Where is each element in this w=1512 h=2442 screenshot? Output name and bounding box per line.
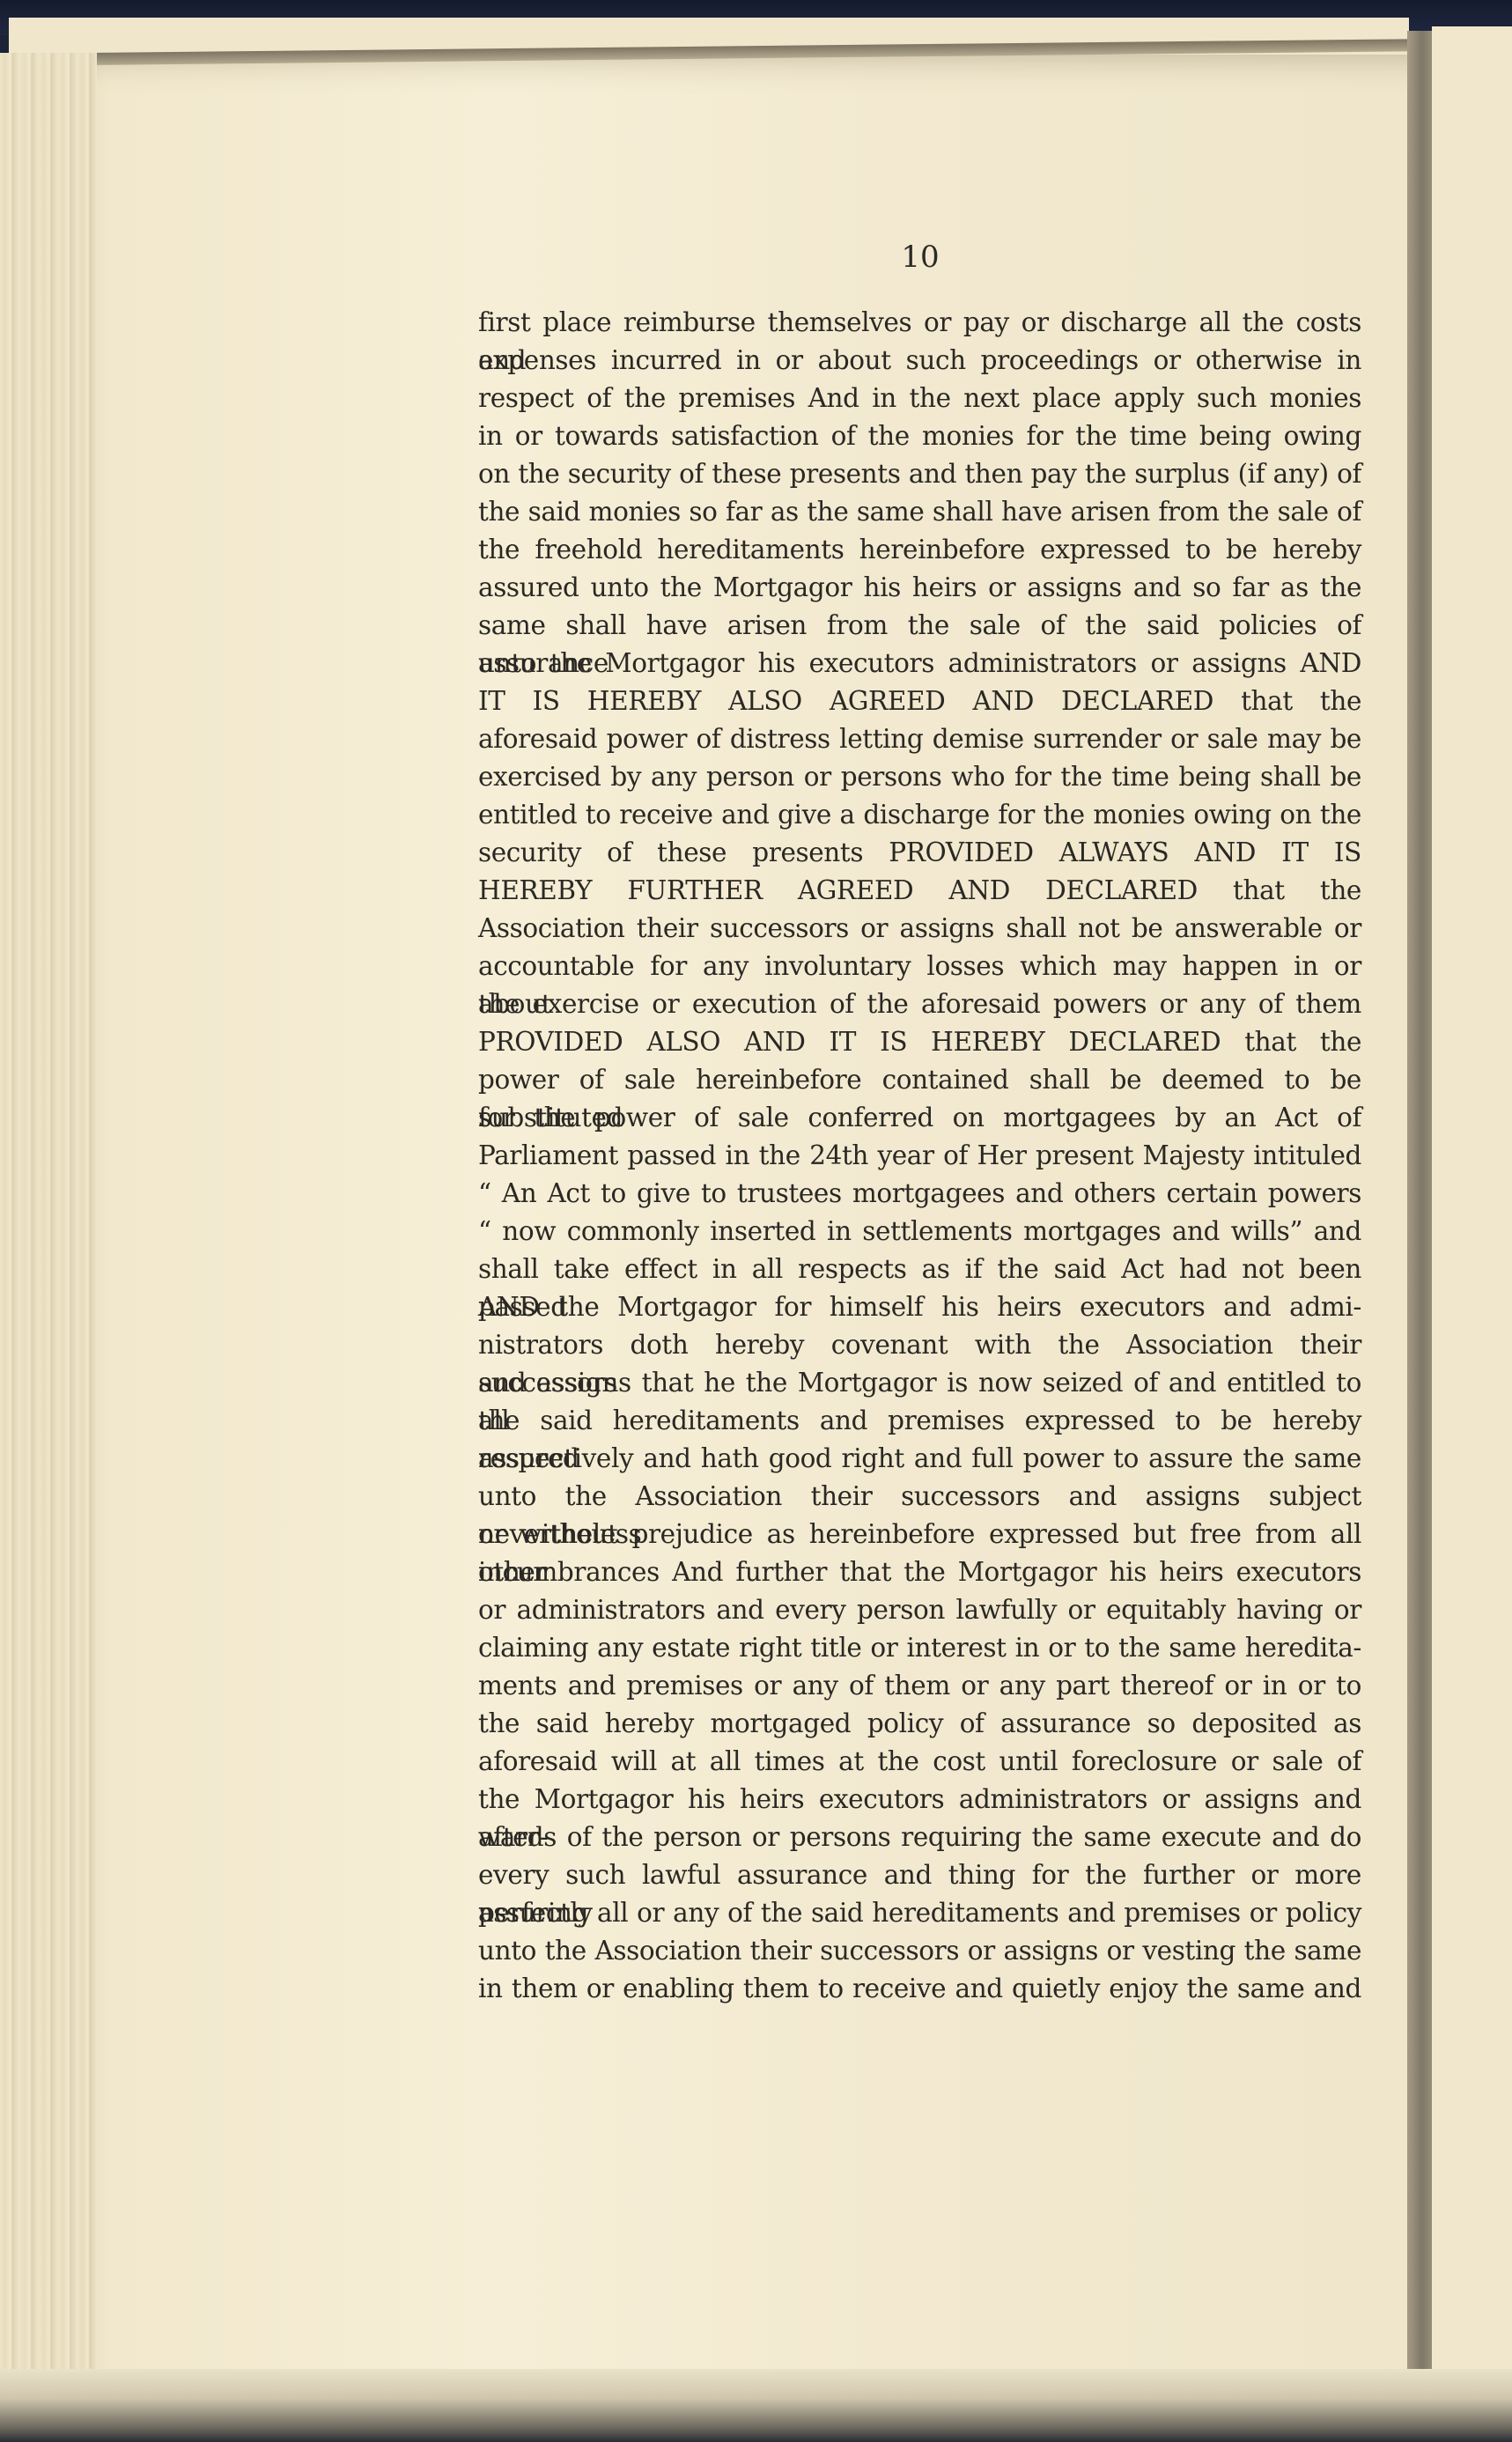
text-line: the freehold hereditaments hereinbefore …: [478, 531, 1361, 569]
text-line: “ now commonly inserted in settlements m…: [478, 1213, 1361, 1251]
text-line: the exercise or execution of the aforesa…: [478, 985, 1361, 1023]
text-line: exercised by any person or persons who f…: [478, 758, 1361, 796]
text-line: the said hereditaments and premises expr…: [478, 1402, 1361, 1440]
text-line: in them or enabling them to receive and …: [478, 1970, 1361, 2008]
text-line: and assigns that he the Mortgagor is now…: [478, 1364, 1361, 1402]
text-line: unto the Association their successors or…: [478, 1932, 1361, 1970]
left-page-edges: [0, 53, 107, 2431]
text-line: security of these presents PROVIDED ALWA…: [478, 834, 1361, 872]
text-line: aforesaid power of distress letting demi…: [478, 720, 1361, 758]
text-line: expenses incurred in or about such proce…: [478, 342, 1361, 380]
page-number: 10: [881, 240, 960, 275]
text-line: respect of the premises And in the next …: [478, 380, 1361, 417]
text-line: or without prejudice as hereinbefore exp…: [478, 1516, 1361, 1553]
text-line: incumbrances And further that the Mortga…: [478, 1553, 1361, 1591]
text-line: every such lawful assurance and thing fo…: [478, 1856, 1361, 1894]
bottom-page-edges: [0, 2369, 1512, 2442]
text-line: accountable for any involuntary losses w…: [478, 948, 1361, 985]
text-line: entitled to receive and give a discharge…: [478, 796, 1361, 834]
text-line: Parliament passed in the 24th year of He…: [478, 1137, 1361, 1175]
text-line: in or towards satisfaction of the monies…: [478, 417, 1361, 455]
text-line: aforesaid will at all times at the cost …: [478, 1743, 1361, 1781]
text-line: shall take effect in all respects as if …: [478, 1251, 1361, 1288]
text-line: power of sale hereinbefore contained sha…: [478, 1061, 1361, 1099]
text-line: on the security of these presents and th…: [478, 455, 1361, 493]
text-line: ments and premises or any of them or any…: [478, 1667, 1361, 1705]
text-line: same shall have arisen from the sale of …: [478, 607, 1361, 645]
text-line: AND the Mortgagor for himself his heirs …: [478, 1288, 1361, 1326]
text-line: wards of the person or persons requiring…: [478, 1819, 1361, 1856]
body-text: first place reimburse themselves or pay …: [478, 304, 1361, 2008]
text-line: for the power of sale conferred on mortg…: [478, 1099, 1361, 1137]
text-line: the said monies so far as the same shall…: [478, 493, 1361, 531]
text-line: “ An Act to give to trustees mortgagees …: [478, 1175, 1361, 1213]
text-line: the said hereby mortgaged policy of assu…: [478, 1705, 1361, 1743]
gutter-shadow: [1407, 31, 1432, 2391]
text-line: assured unto the Mortgagor his heirs or …: [478, 569, 1361, 607]
text-line: respectively and hath good right and ful…: [478, 1440, 1361, 1478]
text-line: claiming any estate right title or inter…: [478, 1629, 1361, 1667]
text-line: first place reimburse themselves or pay …: [478, 304, 1361, 342]
text-line: or administrators and every person lawfu…: [478, 1591, 1361, 1629]
next-page-edge: [1432, 26, 1512, 2404]
text-line: unto the Association their successors an…: [478, 1478, 1361, 1516]
text-line: the Mortgagor his heirs executors admini…: [478, 1781, 1361, 1819]
text-line: PROVIDED ALSO AND IT IS HEREBY DECLARED …: [478, 1023, 1361, 1061]
text-line: Association their successors or assigns …: [478, 910, 1361, 948]
text-line: unto the Mortgagor his executors adminis…: [478, 645, 1361, 682]
text-line: HEREBY FURTHER AGREED AND DECLARED that …: [478, 872, 1361, 910]
text-line: IT IS HEREBY ALSO AGREED AND DECLARED th…: [478, 682, 1361, 720]
text-line: assuring all or any of the said heredita…: [478, 1894, 1361, 1932]
text-line: nistrators doth hereby covenant with the…: [478, 1326, 1361, 1364]
